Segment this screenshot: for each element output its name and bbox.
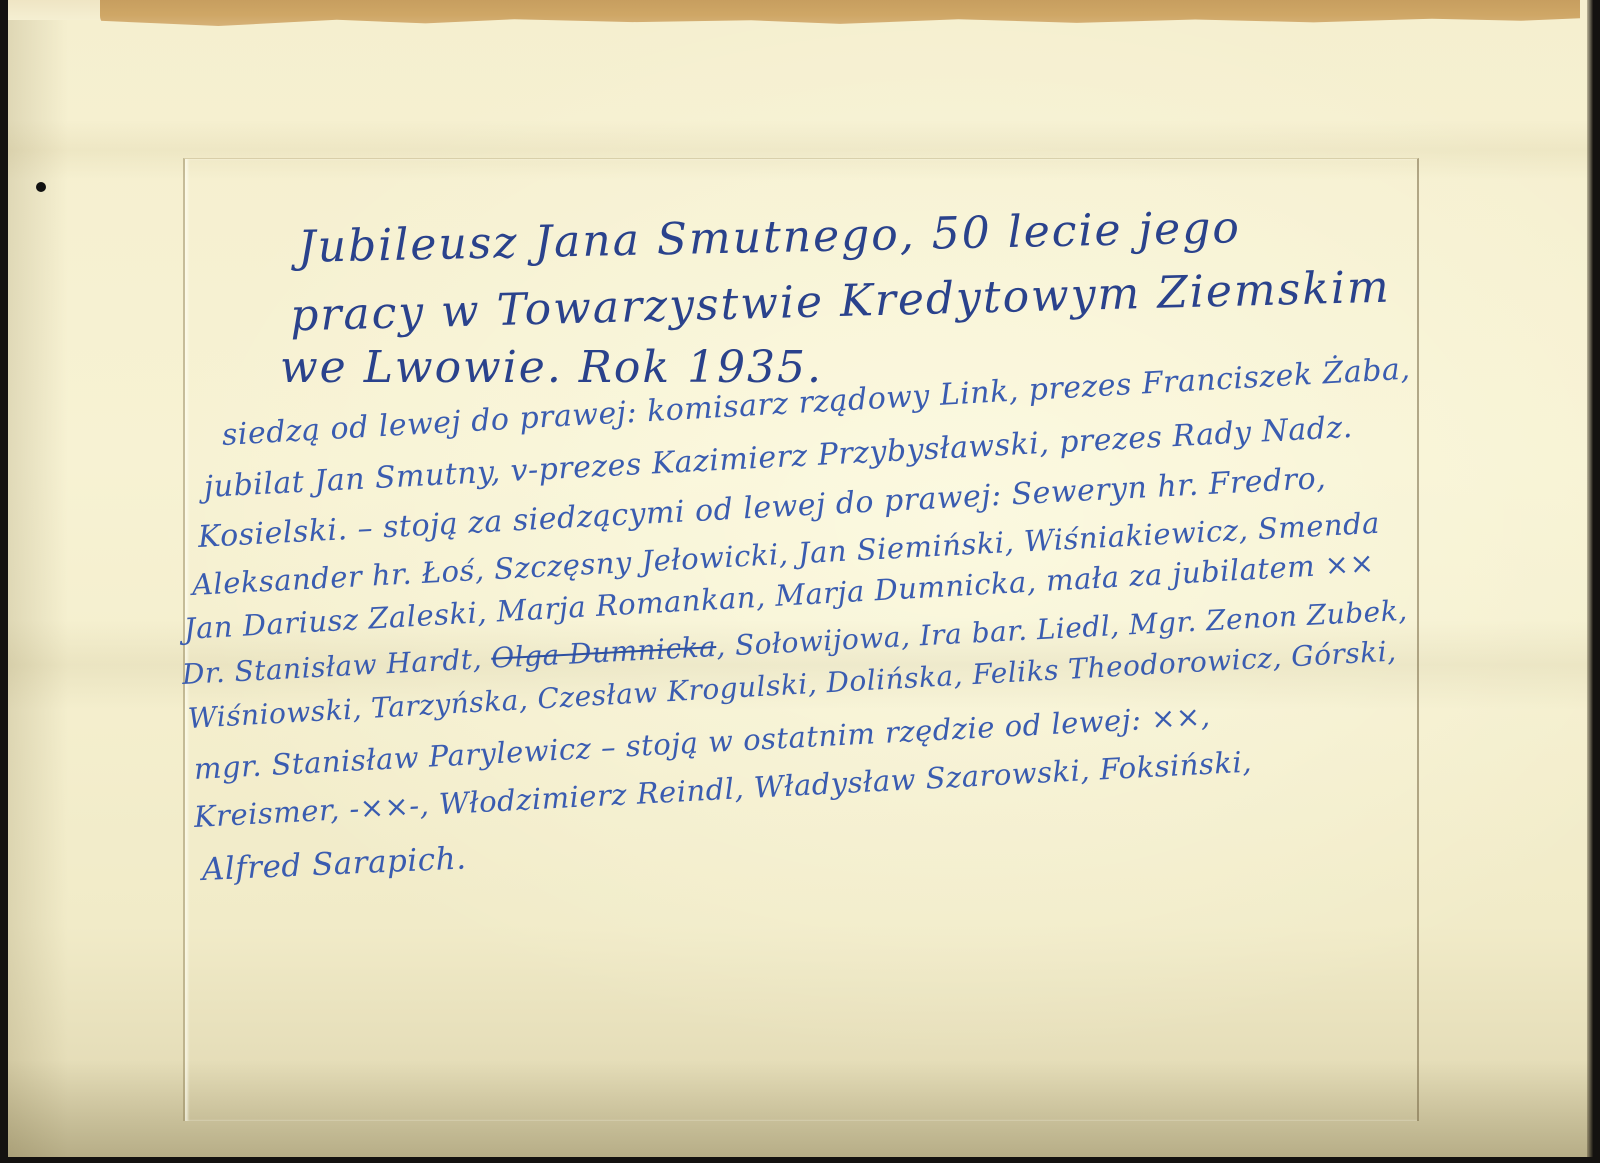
caption-title-line-3: we Lwowie. Rok 1935. [280,342,823,393]
ink-dot [36,182,46,192]
paper-torn-edge [8,0,104,20]
scan-shadow [8,0,68,1157]
scanned-page: Jubileusz Jana Smutnego, 50 lecie jego p… [8,0,1593,1157]
scan-edge [1587,0,1593,1157]
paper-tape-strip [100,0,1580,26]
